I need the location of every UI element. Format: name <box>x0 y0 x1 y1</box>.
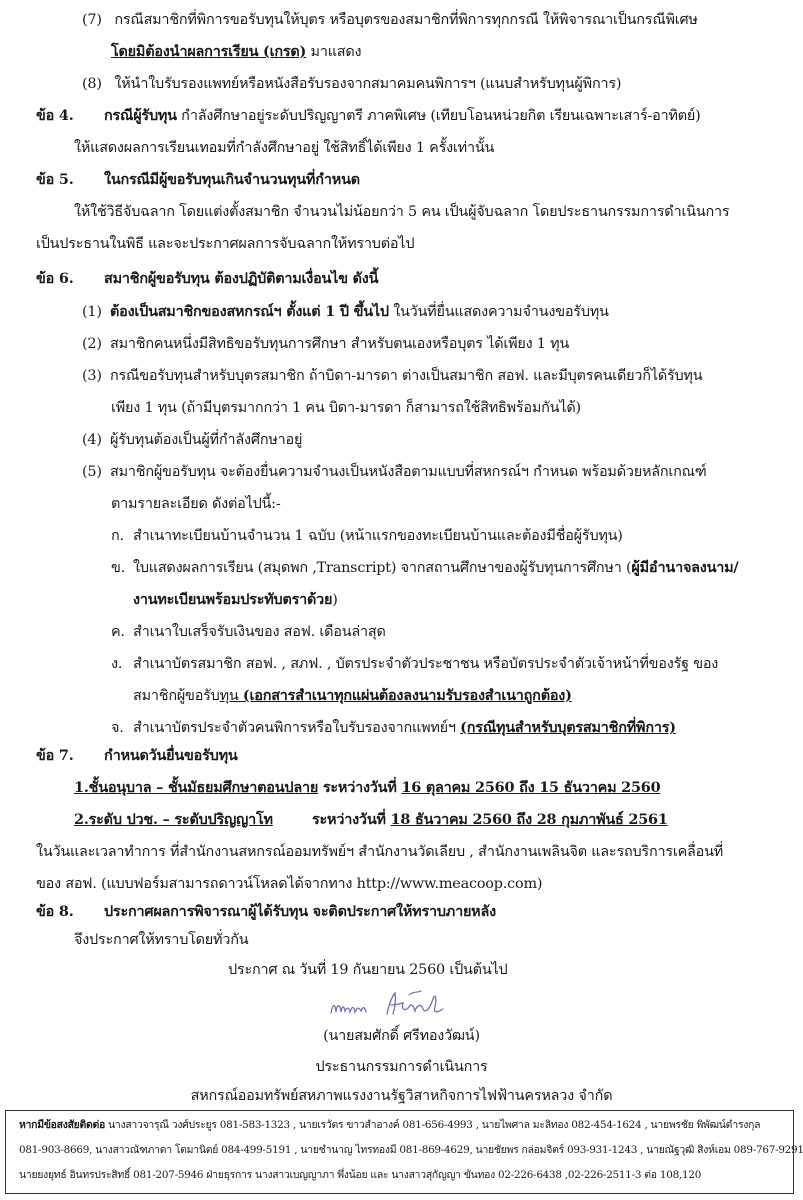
list-number: (1) <box>82 303 110 321</box>
underlined-text: ทุน <box>220 688 243 704</box>
clause-7: ข้อ 7.กำหนดวันยื่นขอรับทุน <box>36 747 238 765</box>
clause-6-item-3-line2: เพียง 1 ทุน (ถ้ามีบุตรมากกว่า 1 คน บิดา-… <box>111 399 581 417</box>
list-text: กรณีสมาชิกที่พิการขอรับทุนให้บุตร หรือบุ… <box>114 12 697 28</box>
clause-heading: ประกาศผลการพิจารณาผู้ได้รับทุน จะติดประก… <box>104 903 496 920</box>
list-number: (5) <box>82 463 110 481</box>
clause-7-note-line1: ในวันและเวลาทำการ ที่สำนักงานสหกรณ์ออมทร… <box>36 843 723 861</box>
signature-image <box>325 985 455 1021</box>
list-number: (2) <box>82 335 110 353</box>
contact-line-1: หากมีข้อสงสัยติดต่อ นางสาวจารุณี วงศ์ประ… <box>19 1118 760 1132</box>
document-item-5: จ.สำเนาบัตรประจำตัวคนพิการหรือใบรับรองจา… <box>111 719 676 737</box>
clause-6-item-1: (1)ต้องเป็นสมาชิกของสหกรณ์ฯ ตั้งแต่ 1 ปี… <box>82 303 609 321</box>
contact-info-box: หากมีข้อสงสัยติดต่อ นางสาวจารุณี วงศ์ประ… <box>5 1110 794 1194</box>
document-item-4: ง.สำเนาบัตรสมาชิก สอฟ. , สภฟ. , บัตรประจ… <box>111 655 718 673</box>
contact-line-2: 081-903-8669, นางสาวณัฑภาดา โตมานิตย์ 08… <box>19 1143 803 1157</box>
list-number: (8) <box>82 75 110 93</box>
list-text: มาแสดง <box>306 44 361 60</box>
announcement-date: ประกาศ ณ วันที่ 19 กันยายน 2560 เป็นต้นไ… <box>228 961 507 979</box>
period-dates: 18 ธันวาคม 2560 ถึง 28 กุมภาพันธ์ 2561 <box>391 811 668 828</box>
clause-heading: กำหนดวันยื่นขอรับทุน <box>104 747 238 764</box>
list-text: สมาชิกผู้ขอรับทุน จะต้องยื่นความจำนงเป็น… <box>110 464 707 480</box>
clause-text: กำลังศึกษาอยู่ระดับปริญญาตรี ภาคพิเศษ (เ… <box>177 108 701 124</box>
clause-5-line2: เป็นประธานในพิธี และจะประกาศผลการจับฉลาก… <box>36 235 414 253</box>
application-period-2: 2.ระดับ ปวช. – ระดับปริญญาโทระหว่างวันที… <box>74 811 668 829</box>
clause-6-item-2: (2)สมาชิกคนหนึ่งมีสิทธิขอรับทุนการศึกษา … <box>82 335 569 353</box>
signer-title: ประธานกรรมการดำเนินการ <box>0 1058 803 1076</box>
list-number: ก. <box>111 527 133 545</box>
document-item-4-line2: สมาชิกผู้ขอรับทุน (เอกสารสำเนาทุกแผ่นต้อ… <box>133 687 572 705</box>
list-number: จ. <box>111 719 133 737</box>
list-text: ใบแสดงผลการเรียน (สมุดพก ,Transcript) จา… <box>133 560 631 576</box>
document-item-2: ข.ใบแสดงผลการเรียน (สมุดพก ,Transcript) … <box>111 559 739 577</box>
document-item-2-line2: งานทะเบียนพร้อมประทับตราด้วย) <box>133 591 338 609</box>
contact-line-3: นายยงยุทธ์ อินทรประสิทธิ์ 081-207-5946 ฝ… <box>19 1168 701 1182</box>
clause-label: ข้อ 4. <box>36 107 104 125</box>
contact-label: หากมีข้อสงสัยติดต่อ <box>19 1119 105 1131</box>
signer-name: (นายสมศักดิ์ ศรีทองวัฒน์) <box>0 1027 803 1045</box>
clause-heading: ในกรณีมีผู้ขอรับทุนเกินจำนวนทุนที่กำหนด <box>104 171 360 188</box>
list-text: สมาชิกผู้ขอรับ <box>133 688 220 704</box>
list-text: ) <box>332 592 337 608</box>
clause-5: ข้อ 5.ในกรณีมีผู้ขอรับทุนเกินจำนวนทุนที่… <box>36 171 360 189</box>
document-item-3: ค.สำเนาใบเสร็จรับเงินของ สอฟ. เดือนล่าสุ… <box>111 623 386 641</box>
emphasis-text: (เอกสารสำเนาทุกแผ่นต้องลงนามรับรองสำเนาถ… <box>243 687 572 704</box>
period-between: ระหว่างวันที่ <box>318 779 401 796</box>
clause-6-item-5: (5)สมาชิกผู้ขอรับทุน จะต้องยื่นความจำนงเ… <box>82 463 707 481</box>
clause-6-item-4: (4)ผู้รับทุนต้องเป็นผู้ที่กำลังศึกษาอยู่ <box>82 431 302 449</box>
emphasis-text: ผู้มีอำนาจลงนาม/ <box>631 559 738 576</box>
clause-label: ข้อ 5. <box>36 171 104 189</box>
emphasis-text: โดยมิต้องนำผลการเรียน (เกรด) <box>111 43 306 60</box>
list-number: ค. <box>111 623 133 641</box>
document-item-1: ก.สำเนาทะเบียนบ้านจำนวน 1 ฉบับ (หน้าแรกข… <box>111 527 623 545</box>
application-period-1: 1.ชั้นอนุบาล – ชั้นมัธยมศึกษาตอนปลาย ระห… <box>74 779 660 797</box>
clause-4: ข้อ 4.กรณีผู้รับทุน กำลังศึกษาอยู่ระดับป… <box>36 107 701 125</box>
clause-heading: กรณีผู้รับทุน <box>104 107 177 124</box>
emphasis-text: งานทะเบียนพร้อมประทับตราด้วย <box>133 591 332 608</box>
list-number: ข. <box>111 559 133 577</box>
list-text: ในวันที่ยื่นแสดงความจำนงขอรับทุน <box>389 304 609 320</box>
clause-label: ข้อ 8. <box>36 903 104 921</box>
list-item-7-continuation: โดยมิต้องนำผลการเรียน (เกรด) มาแสดง <box>111 43 361 61</box>
period-between: ระหว่างวันที่ <box>312 811 391 828</box>
clause-8-line2: จึงประกาศให้ทราบโดยทั่วกัน <box>74 931 248 949</box>
clause-5-line1: ให้ใช้วิธีจับฉลาก โดยแต่งตั้งสมาชิก จำนว… <box>74 203 729 221</box>
list-number: (7) <box>82 11 110 29</box>
clause-heading: สมาชิกผู้ขอรับทุน ต้องปฏิบัติตามเงื่อนไข… <box>104 270 378 287</box>
list-number: (3) <box>82 367 110 385</box>
emphasis-text: ต้องเป็นสมาชิกของสหกรณ์ฯ ตั้งแต่ 1 ปี ขึ… <box>110 303 389 320</box>
list-text: สำเนาใบเสร็จรับเงินของ สอฟ. เดือนล่าสุด <box>133 624 386 640</box>
list-number: (4) <box>82 431 110 449</box>
period-dates: 16 ตุลาคม 2560 ถึง 15 ธันวาคม 2560 <box>401 779 660 796</box>
contact-text: นางสาวจารุณี วงศ์ประยูร 081-583-1323 , น… <box>105 1119 760 1131</box>
clause-label: ข้อ 6. <box>36 270 104 288</box>
organization-name: สหกรณ์ออมทรัพย์สหภาพแรงงานรัฐวิสาหกิจการ… <box>0 1087 803 1105</box>
list-number: ง. <box>111 655 133 673</box>
clause-7-note-line2: ของ สอฟ. (แบบฟอร์มสามารถดาวน์โหลดได้จากท… <box>36 875 542 893</box>
list-item-7: (7) กรณีสมาชิกที่พิการขอรับทุนให้บุตร หร… <box>82 11 698 29</box>
clause-6-item-3: (3)กรณีขอรับทุนสำหรับบุตรสมาชิก ถ้าบิดา-… <box>82 367 702 385</box>
list-text: สำเนาบัตรประจำตัวคนพิการหรือใบรับรองจากแ… <box>133 720 460 736</box>
list-item-8: (8) ให้นำใบรับรองแพทย์หรือหนังสือรับรองจ… <box>82 75 621 93</box>
list-text: สำเนาบัตรสมาชิก สอฟ. , สภฟ. , บัตรประจำต… <box>133 656 718 672</box>
list-text: ผู้รับทุนต้องเป็นผู้ที่กำลังศึกษาอยู่ <box>110 432 302 448</box>
period-level: 1.ชั้นอนุบาล – ชั้นมัธยมศึกษาตอนปลาย <box>74 779 318 796</box>
emphasis-text: (กรณีทุนสำหรับบุตรสมาชิกที่พิการ) <box>460 719 676 736</box>
list-text: สำเนาทะเบียนบ้านจำนวน 1 ฉบับ (หน้าแรกของ… <box>133 528 623 544</box>
clause-6-item-5-line2: ตามรายละเอียด ดังต่อไปนี้:- <box>111 495 281 513</box>
period-level: 2.ระดับ ปวช. – ระดับปริญญาโท <box>74 811 312 829</box>
clause-4-line2: ให้แสดงผลการเรียนเทอมที่กำลังศึกษาอยู่ ใ… <box>74 139 494 157</box>
clause-6: ข้อ 6.สมาชิกผู้ขอรับทุน ต้องปฏิบัติตามเง… <box>36 270 378 288</box>
list-text: สมาชิกคนหนึ่งมีสิทธิขอรับทุนการศึกษา สำห… <box>110 336 569 352</box>
list-text: ให้นำใบรับรองแพทย์หรือหนังสือรับรองจากสม… <box>114 76 621 92</box>
list-text: กรณีขอรับทุนสำหรับบุตรสมาชิก ถ้าบิดา-มาร… <box>110 368 702 384</box>
clause-label: ข้อ 7. <box>36 747 104 765</box>
clause-8: ข้อ 8.ประกาศผลการพิจารณาผู้ได้รับทุน จะต… <box>36 903 496 921</box>
